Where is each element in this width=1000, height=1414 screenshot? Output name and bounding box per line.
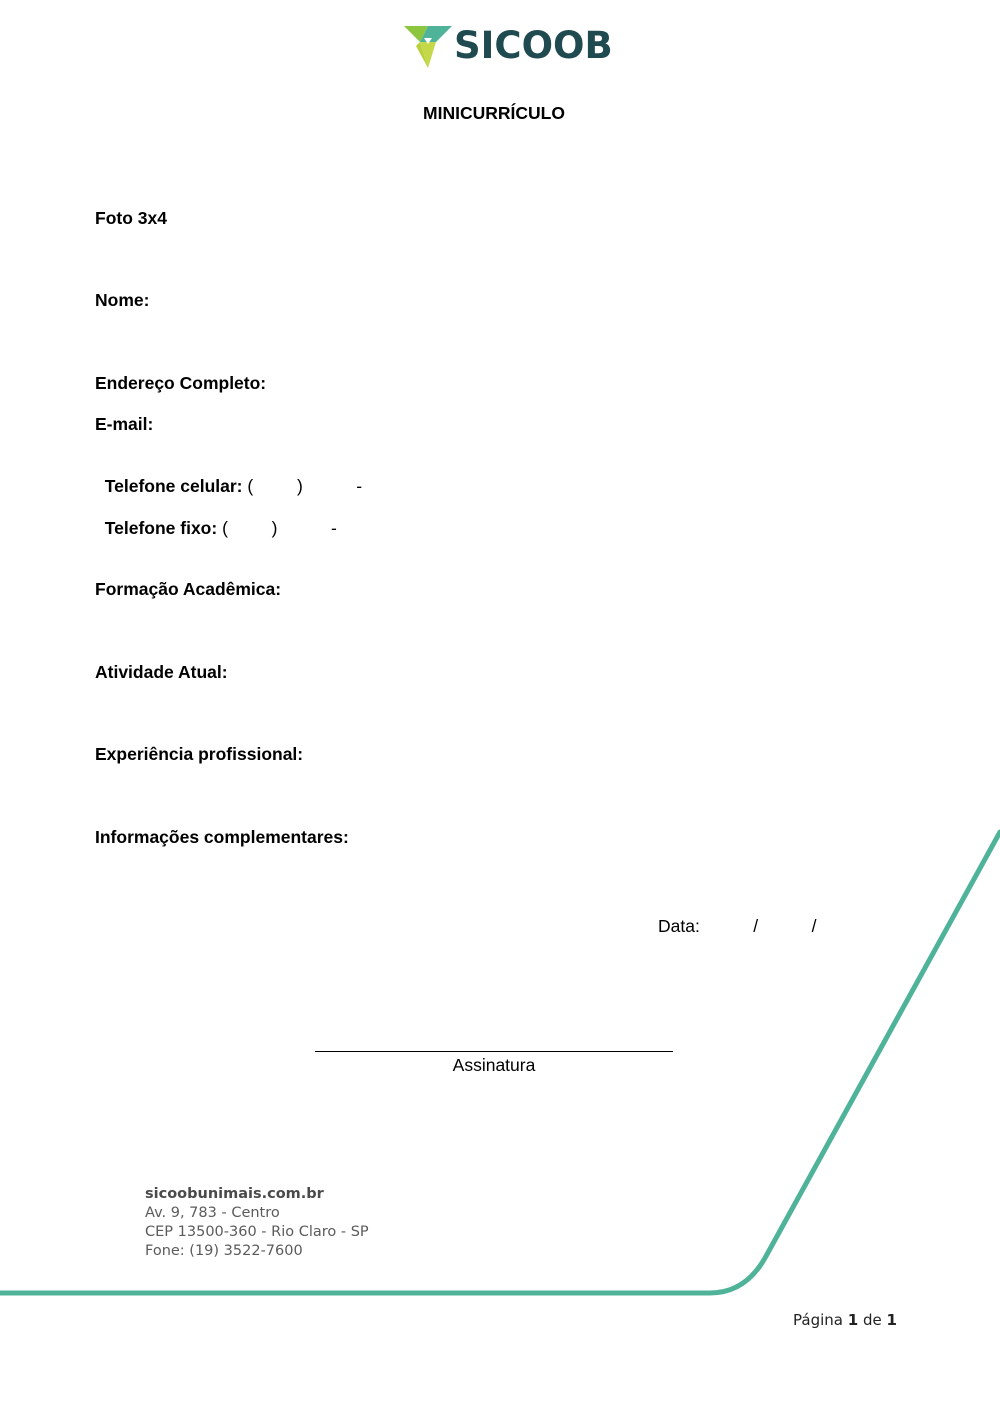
name-label: Nome: bbox=[95, 290, 149, 311]
footer-cep: CEP 13500-360 - Rio Claro - SP bbox=[145, 1223, 369, 1242]
photo-label: Foto 3x4 bbox=[95, 208, 167, 229]
education-label: Formação Acadêmica: bbox=[95, 579, 281, 600]
footer-address: Av. 9, 783 - Centro bbox=[145, 1204, 369, 1223]
email-label: E-mail: bbox=[95, 414, 153, 435]
page-separator: de bbox=[863, 1311, 882, 1329]
sicoob-logo: SICOOB bbox=[402, 24, 602, 70]
signature-line bbox=[315, 1034, 673, 1052]
cell-phone-row: Telefone celular: ( ) - bbox=[95, 455, 362, 497]
page-prefix: Página bbox=[793, 1311, 843, 1329]
footer-website: sicoobunimais.com.br bbox=[145, 1185, 369, 1204]
cell-phone-mask: ( ) - bbox=[243, 476, 363, 496]
additional-info-label: Informações complementares: bbox=[95, 827, 349, 848]
document-title: MINICURRÍCULO bbox=[0, 103, 988, 124]
landline-row: Telefone fixo: ( ) - bbox=[95, 497, 337, 539]
landline-label: Telefone fixo: bbox=[105, 518, 217, 538]
date-line: Data: / / bbox=[658, 916, 817, 937]
logo-mark-icon bbox=[402, 24, 454, 70]
page-total: 1 bbox=[886, 1311, 896, 1329]
logo-text: SICOOB bbox=[454, 24, 613, 68]
landline-mask: ( ) - bbox=[217, 518, 337, 538]
footer-phone: Fone: (19) 3522-7600 bbox=[145, 1242, 369, 1261]
address-label: Endereço Completo: bbox=[95, 373, 266, 394]
cell-phone-label: Telefone celular: bbox=[105, 476, 243, 496]
current-activity-label: Atividade Atual: bbox=[95, 662, 228, 683]
footer-contact: sicoobunimais.com.br Av. 9, 783 - Centro… bbox=[145, 1185, 369, 1261]
experience-label: Experiência profissional: bbox=[95, 744, 303, 765]
page-number: Página 1 de 1 bbox=[793, 1311, 897, 1329]
page-current: 1 bbox=[848, 1311, 858, 1329]
signature-label: Assinatura bbox=[315, 1055, 673, 1076]
